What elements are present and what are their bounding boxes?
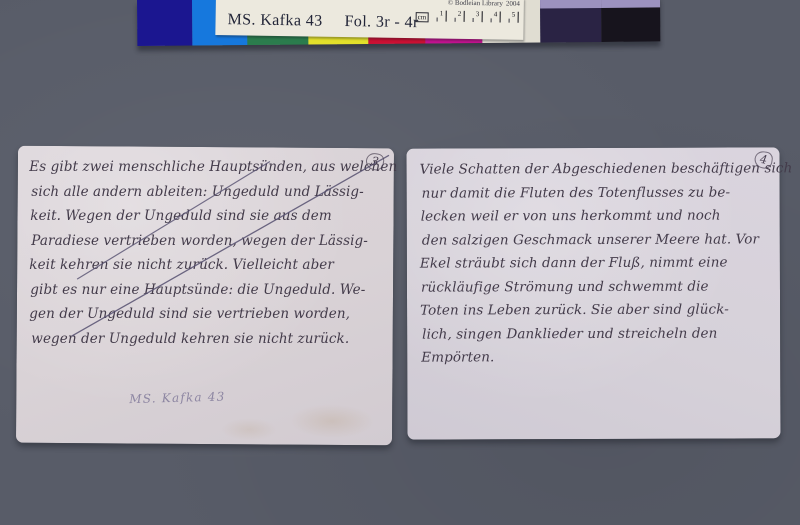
label-text-row: MS. Kafka 43Fol. 3r - 4r <box>227 11 418 32</box>
handwritten-line: Empörten. <box>421 345 774 370</box>
handwritten-line: Paradiese vertrieben worden, wegen der L… <box>31 229 387 253</box>
ruler-number: 2 <box>458 10 462 18</box>
handwritten-line: Toten ins Leben zurück. Sie aber sind gl… <box>420 298 774 323</box>
ruler-segment: 1 <box>428 10 446 21</box>
cm-ruler: cm 1 2 3 4 5 <box>416 8 520 24</box>
handwritten-line: den salzigen Geschmack unserer Meere hat… <box>422 228 774 253</box>
ruler-segment: 2 <box>446 11 464 22</box>
handwritten-line: Es gibt zwei menschliche Hauptsünden, au… <box>29 155 387 180</box>
handwritten-line: Viele Schatten der Abgeschiedenen beschä… <box>420 157 774 182</box>
ruler-number: 3 <box>476 10 480 18</box>
folio-range-text: Fol. 3r - 4r <box>344 13 418 31</box>
copyright-text: © Bodleian Library2004 <box>416 0 520 8</box>
handwritten-line: sich alle andern ableiten: Ungeduld und … <box>31 180 387 205</box>
handwritten-line: keit kehren sie nicht zurück. Vielleicht… <box>29 253 387 278</box>
ruler-segment: 3 <box>464 11 482 22</box>
handwritten-line: keit. Wegen der Ungeduld sind sie aus de… <box>30 204 387 229</box>
manuscript-page-4r: Viele Schatten der Abgeschiedenen beschä… <box>406 147 780 439</box>
handwritten-line: rückläufige Strömung und schwemmt die <box>421 275 774 300</box>
shelfmark-text: MS. Kafka 43 <box>227 11 322 29</box>
color-patch-black <box>601 0 660 42</box>
ruler-number: 1 <box>440 10 444 18</box>
ruler-number: 4 <box>494 10 498 18</box>
color-patch-dark-purple <box>540 0 601 42</box>
manuscript-page-3r: Es gibt zwei menschliche Hauptsünden, au… <box>16 146 394 446</box>
library-label: MS. Kafka 43Fol. 3r - 4r © Bodleian Libr… <box>215 0 524 40</box>
ruler-segment: 4 <box>482 11 500 22</box>
handwritten-text-block: Es gibt zwei menschliche Hauptsünden, au… <box>29 155 387 351</box>
ruler-block: © Bodleian Library2004 cm 1 2 3 4 5 <box>416 0 520 24</box>
handwritten-text-block: Viele Schatten der Abgeschiedenen beschä… <box>420 157 775 370</box>
color-patch-navy <box>137 0 192 46</box>
manuscript-photo-canvas: MS. Kafka 43Fol. 3r - 4r © Bodleian Libr… <box>0 0 800 525</box>
copyright-holder: © Bodleian Library <box>448 0 503 8</box>
copyright-year: 2004 <box>506 0 520 8</box>
ruler-number: 5 <box>512 11 516 19</box>
handwritten-line: lecken weil er von uns herkommt und noch <box>421 204 774 229</box>
ruler-unit-label: cm <box>416 12 429 22</box>
lavender-strip <box>601 0 660 8</box>
lavender-strip <box>540 0 601 8</box>
handwritten-line: gen der Ungeduld sind sie vertrieben wor… <box>29 302 387 327</box>
ruler-segment: 5 <box>500 11 518 22</box>
pencil-shelfmark-annotation: MS. Kafka 43 <box>129 389 226 406</box>
handwritten-line: nur damit die Fluten des Totenflusses zu… <box>422 181 774 206</box>
handwritten-line: gibt es nur eine Hauptsünde: die Ungedul… <box>30 278 387 303</box>
handwritten-line: lich, singen Danklieder und streicheln d… <box>422 322 774 347</box>
handwritten-line: wegen der Ungeduld kehren sie nicht zurü… <box>31 327 387 352</box>
handwritten-line: Ekel sträubt sich dann der Fluß, nimmt e… <box>420 251 774 276</box>
